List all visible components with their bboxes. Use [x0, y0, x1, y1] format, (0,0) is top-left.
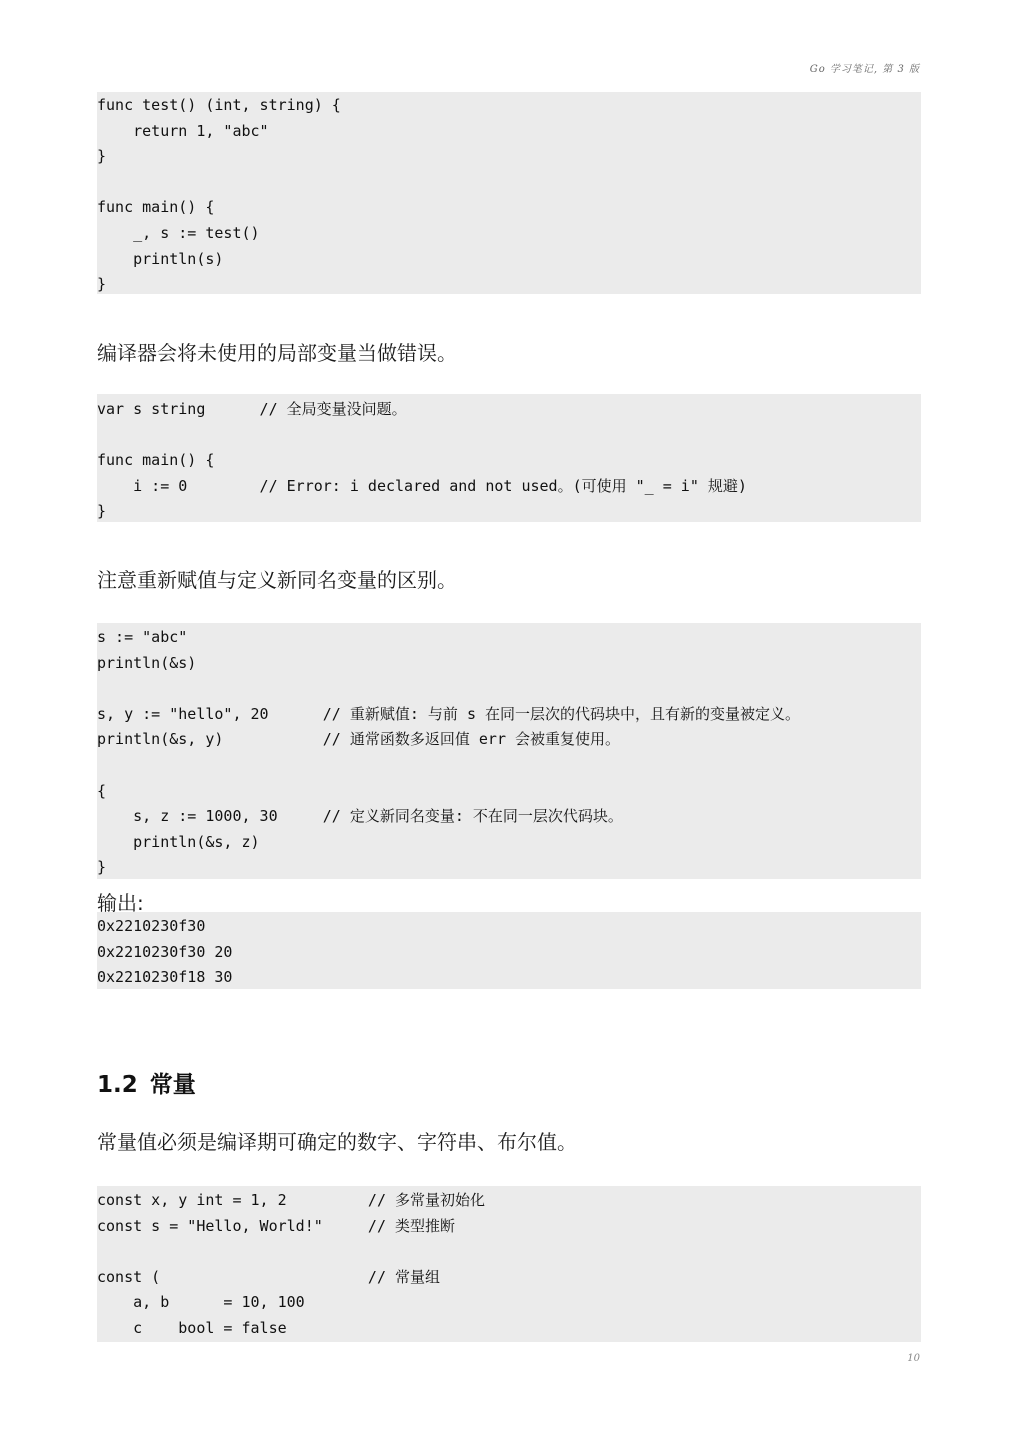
output-block: 0x2210230f30 0x2210230f30 20 0x2210230f1… [97, 912, 921, 989]
code-line: println(&s) [97, 651, 921, 677]
code-line [97, 676, 921, 702]
code-block-reassign: s := "abc" println(&s) s, y := "hello", … [97, 623, 921, 879]
code-line: a, b = 10, 100 [97, 1290, 921, 1316]
code-line: const ( // 常量组 [97, 1265, 921, 1291]
code-line: println(&s, y) // 通常函数多返回值 err 会被重复使用。 [97, 727, 921, 753]
code-line [97, 753, 921, 779]
paragraph-reassign-vs-redefine: 注意重新赋值与定义新同名变量的区别。 [97, 564, 457, 593]
code-block-unused-local: var s string // 全局变量没问题。 func main() { i… [97, 394, 921, 522]
code-line: i := 0 // Error: i declared and not used… [97, 474, 921, 500]
code-line: const s = "Hello, World!" // 类型推断 [97, 1214, 921, 1240]
code-line: func main() { [97, 195, 921, 221]
output-line: 0x2210230f30 20 [97, 940, 921, 966]
code-block-multi-return: func test() (int, string) { return 1, "a… [97, 92, 921, 294]
code-line: } [97, 272, 921, 298]
code-line: } [97, 855, 921, 881]
running-header: Go 学习笔记, 第 3 版 [810, 60, 920, 75]
code-line: s, y := "hello", 20 // 重新赋值: 与前 s 在同一层次的… [97, 702, 921, 728]
code-line: println(&s, z) [97, 830, 921, 856]
code-line: c bool = false [97, 1316, 921, 1342]
section-number: 1.2 [97, 1072, 138, 1098]
output-line: 0x2210230f30 [97, 914, 921, 940]
code-line: s := "abc" [97, 625, 921, 651]
paragraph-constants: 常量值必须是编译期可确定的数字、字符串、布尔值。 [97, 1126, 577, 1155]
code-line: func main() { [97, 448, 921, 474]
code-line: const x, y int = 1, 2 // 多常量初始化 [97, 1188, 921, 1214]
code-line: _, s := test() [97, 221, 921, 247]
section-title: 常量 [150, 1072, 196, 1098]
code-line: return 1, "abc" [97, 119, 921, 145]
section-heading: 1.2常量 [97, 1066, 196, 1099]
output-line: 0x2210230f18 30 [97, 965, 921, 991]
code-line [97, 423, 921, 449]
code-line: } [97, 499, 921, 525]
paragraph-unused-vars: 编译器会将未使用的局部变量当做错误。 [97, 337, 457, 366]
code-line: } [97, 144, 921, 170]
page-number: 10 [907, 1353, 920, 1364]
code-line: func test() (int, string) { [97, 93, 921, 119]
code-line: println(s) [97, 247, 921, 273]
code-line: var s string // 全局变量没问题。 [97, 397, 921, 423]
code-line: s, z := 1000, 30 // 定义新同名变量: 不在同一层次代码块。 [97, 804, 921, 830]
code-line: { [97, 779, 921, 805]
code-line [97, 170, 921, 196]
code-line [97, 1239, 921, 1265]
code-block-constants: const x, y int = 1, 2 // 多常量初始化 const s … [97, 1186, 921, 1342]
